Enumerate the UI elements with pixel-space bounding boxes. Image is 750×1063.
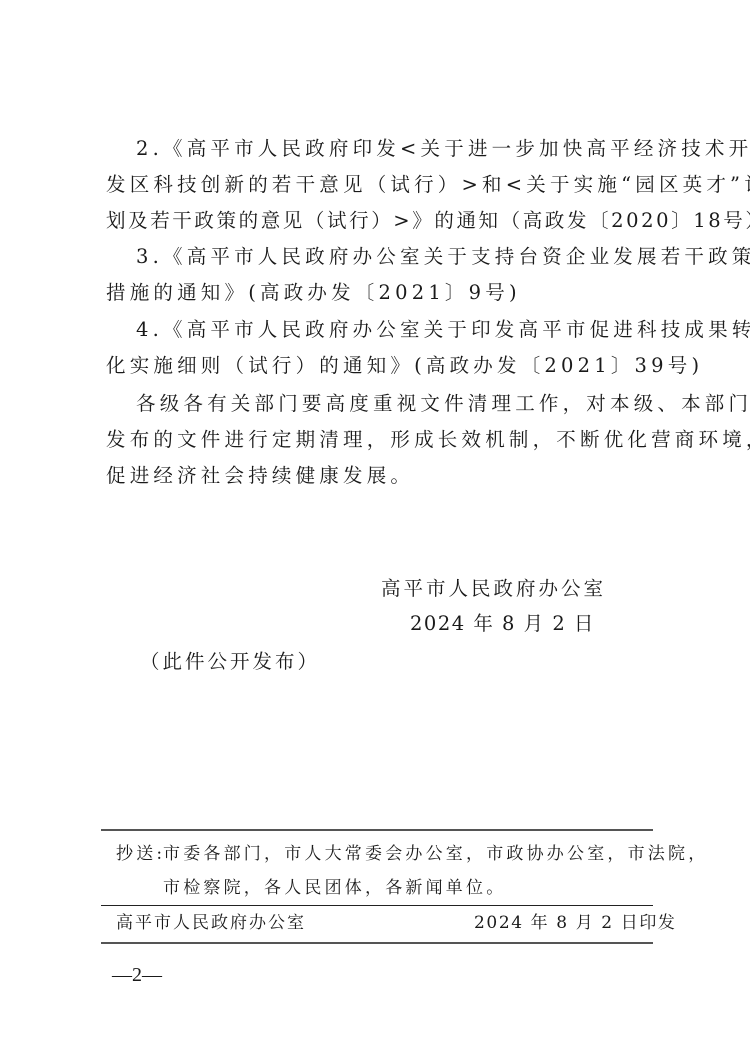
signature-date: 2024 年 8 月 2 日: [410, 612, 595, 636]
list-item-4-line-2: 化实施细则（试行）的通知》(高政办发〔2021〕39号): [106, 354, 703, 378]
closing-paragraph-line-2: 发布的文件进行定期清理，形成长效机制，不断优化营商环境，: [106, 428, 750, 452]
footer-print-date: 2024 年 8 月 2 日印发: [474, 912, 677, 934]
cc-recipients-line-1: 市委各部门，市人大常委会办公室，市政协办公室，市法院，: [163, 843, 708, 865]
page-number: —2—: [112, 963, 162, 987]
footer-issuing-office: 高平市人民政府办公室: [116, 912, 306, 934]
publication-note: （此件公开发布）: [140, 650, 320, 674]
footer-top-rule: [101, 829, 653, 831]
cc-recipients-line-2: 市检察院，各人民团体，各新闻单位。: [163, 877, 506, 899]
cc-label: 抄送:: [116, 843, 165, 865]
list-item-2-line-2: 发区科技创新的若干意见（试行）>和<关于实施“园区英才”计: [106, 173, 750, 197]
list-item-4-line-1: 4.《高平市人民政府办公室关于印发高平市促进科技成果转: [136, 318, 750, 342]
closing-paragraph-line-3: 促进经济社会持续健康发展。: [106, 464, 414, 488]
closing-paragraph-line-1: 各级各有关部门要高度重视文件清理工作，对本级、本部门: [136, 392, 750, 416]
list-item-2-line-1: 2.《高平市人民政府印发<关于进一步加快高平经济技术开: [136, 137, 750, 161]
footer-bottom-rule: [101, 942, 653, 944]
list-item-2-line-3: 划及若干政策的意见（试行）>》的通知（高政发〔2020〕18号）: [106, 209, 750, 233]
list-item-3-line-1: 3.《高平市人民政府办公室关于支持台资企业发展若干政策: [136, 245, 750, 269]
list-item-3-line-2: 措施的通知》(高政办发〔2021〕9号): [106, 281, 521, 305]
footer-middle-rule: [101, 905, 653, 906]
signature-issuer: 高平市人民政府办公室: [381, 577, 606, 601]
